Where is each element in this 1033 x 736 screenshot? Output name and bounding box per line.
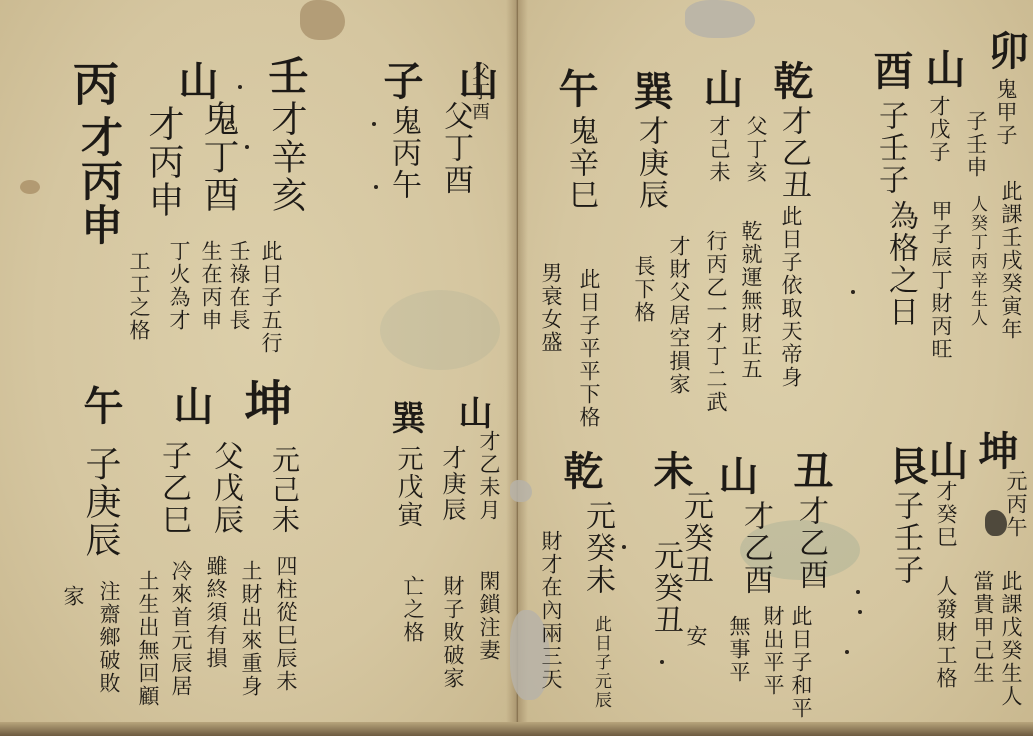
text-line: 為格之日 [885,200,915,328]
text-line: 才庚辰 [440,445,464,523]
text-line: 無事平 [728,615,749,684]
text-line: 子壬申 [965,110,986,179]
text-line: 人癸丁丙辛生人 [968,195,985,328]
mold-stain [380,290,500,370]
text-line: 財才在內兩三天 [540,530,561,691]
text-line: 才戊子 [928,95,949,164]
char-head: 未 [650,450,690,492]
char-head: 山 [175,60,215,102]
text-line: 才乙丑 [778,105,808,201]
text-line: 才丙申 [78,115,120,247]
text-line: 甲子辰丁財丙旺 [930,200,951,361]
text-line: 壬祿在長 [228,240,249,332]
char-head: 坤 [975,430,1015,472]
text-line: 此日子五行 [260,240,281,355]
char-head: 乾 [560,450,600,492]
text-line: 元己未 [270,445,298,535]
text-line: 行丙乙一才丁二武 [705,230,726,414]
char-head: 山 [922,48,962,90]
text-line: 閑鎖注妻 [478,570,499,662]
text-line: 工工之格 [128,250,149,342]
punctuation-dot [245,145,249,149]
char-head: 山 [925,440,965,482]
punctuation-dot [858,610,862,614]
text-line: 當貴甲己生 [972,570,993,685]
punctuation-dot [660,660,664,664]
text-line: 才己未 [708,115,729,184]
text-line: 父丁酉 [440,100,470,196]
text-line: 元癸未 [582,500,612,596]
text-line: 子乙巳 [158,440,188,536]
char-head: 艮 [885,445,925,487]
paper-tear [300,0,345,40]
text-line: 子壬子 [875,100,905,196]
text-line: 鬼丙午 [388,105,418,201]
text-line: 此日子依取天帝身 [780,205,801,389]
text-line: 安 [685,625,706,648]
text-line: 鬼辛巳 [565,115,595,211]
text-line: 才辛亥 [268,100,304,214]
text-line: 此課戊癸生人 [1000,570,1021,708]
text-line: 才癸巳 [935,480,956,549]
page-bottom-edge [0,722,1033,736]
char-head: 丑 [790,450,830,492]
char-head: 酉 [870,50,910,92]
punctuation-dot [845,650,849,654]
text-line: 乾就運無財正五 [740,220,761,381]
text-line: 父戊辰 [210,440,240,536]
text-line: 土財出來重身 [240,560,261,698]
text-line: 生在丙申 [200,240,221,332]
text-line: 家 [62,585,83,608]
punctuation-dot [372,122,376,126]
text-line: 子壬子 [890,490,920,586]
text-line: 鬼丁酉 [200,100,236,214]
manuscript-spread: 卯 鬼甲子 此課壬戌癸寅年 人癸丁丙辛生人 子壬申 山 才戊子 甲子辰丁財丙旺 … [0,0,1033,736]
char-head: 巽 [388,400,422,436]
char-head: 山 [700,68,740,110]
punctuation-dot [374,185,378,189]
char-head: 午 [80,385,120,427]
char-head: 壬 [265,55,305,97]
char-head: 山 [170,385,210,427]
text-line: 冷來首元辰居 [170,560,191,698]
char-head: 巽 [630,70,670,112]
text-line: 丁火為才 [168,240,189,332]
char-head: 午 [555,68,595,110]
text-line: 人發財工格 [935,575,956,690]
text-line: 元戊寅 [395,445,421,529]
char-head: 丙 [70,60,116,108]
text-line: 父丁亥 [745,115,766,184]
punctuation-dot [230,120,234,124]
text-line: 土生出無回顧 [137,570,158,708]
text-line: 子庚辰 [82,445,118,559]
punctuation-dot [856,590,860,594]
text-line: 此課壬戌癸寅年 [1000,180,1021,341]
char-head: 山 [455,395,489,431]
text-line: 四柱從巳辰未 [275,555,296,693]
paper-tear [510,480,532,502]
text-line: 才乙酉 [795,495,825,591]
punctuation-dot [238,85,242,89]
char-head: 卯 [985,30,1025,72]
text-line: 元丙午 [1005,470,1026,539]
text-line: 此日子平平下格 [578,268,599,429]
text-line: 財出平平 [762,605,783,697]
text-line: 此日子元辰 [592,615,609,710]
water-stain [20,180,40,194]
text-line: 元癸丑 [680,490,710,586]
text-line: 財子敗破家 [442,575,463,690]
text-line: 鬼甲子 [995,78,1016,147]
char-head: 坤 [240,378,288,428]
text-line: 男衰女盛 [540,262,561,354]
char-head: 乾 [770,60,810,102]
text-line: 雖終須有損 [205,555,226,670]
text-line: 長下格 [633,255,654,324]
text-line: 才丙申 [145,105,181,219]
punctuation-dot [622,545,626,549]
text-line: 亡之格 [402,575,423,644]
punctuation-dot [851,290,855,294]
text-line: 注齋鄉破敗 [98,580,119,695]
char-head: 山 [715,455,755,497]
text-line: 此日子和平 [790,605,811,720]
text-line: 才乙酉 [740,500,770,596]
char-head: 子 [380,60,420,102]
paper-tear [685,0,755,38]
text-line: 才庚辰 [635,115,665,211]
text-line: 才乙未月 [478,430,499,522]
text-line: 元癸丑 [650,540,680,636]
text-line: 才財父居空損家 [668,235,689,396]
